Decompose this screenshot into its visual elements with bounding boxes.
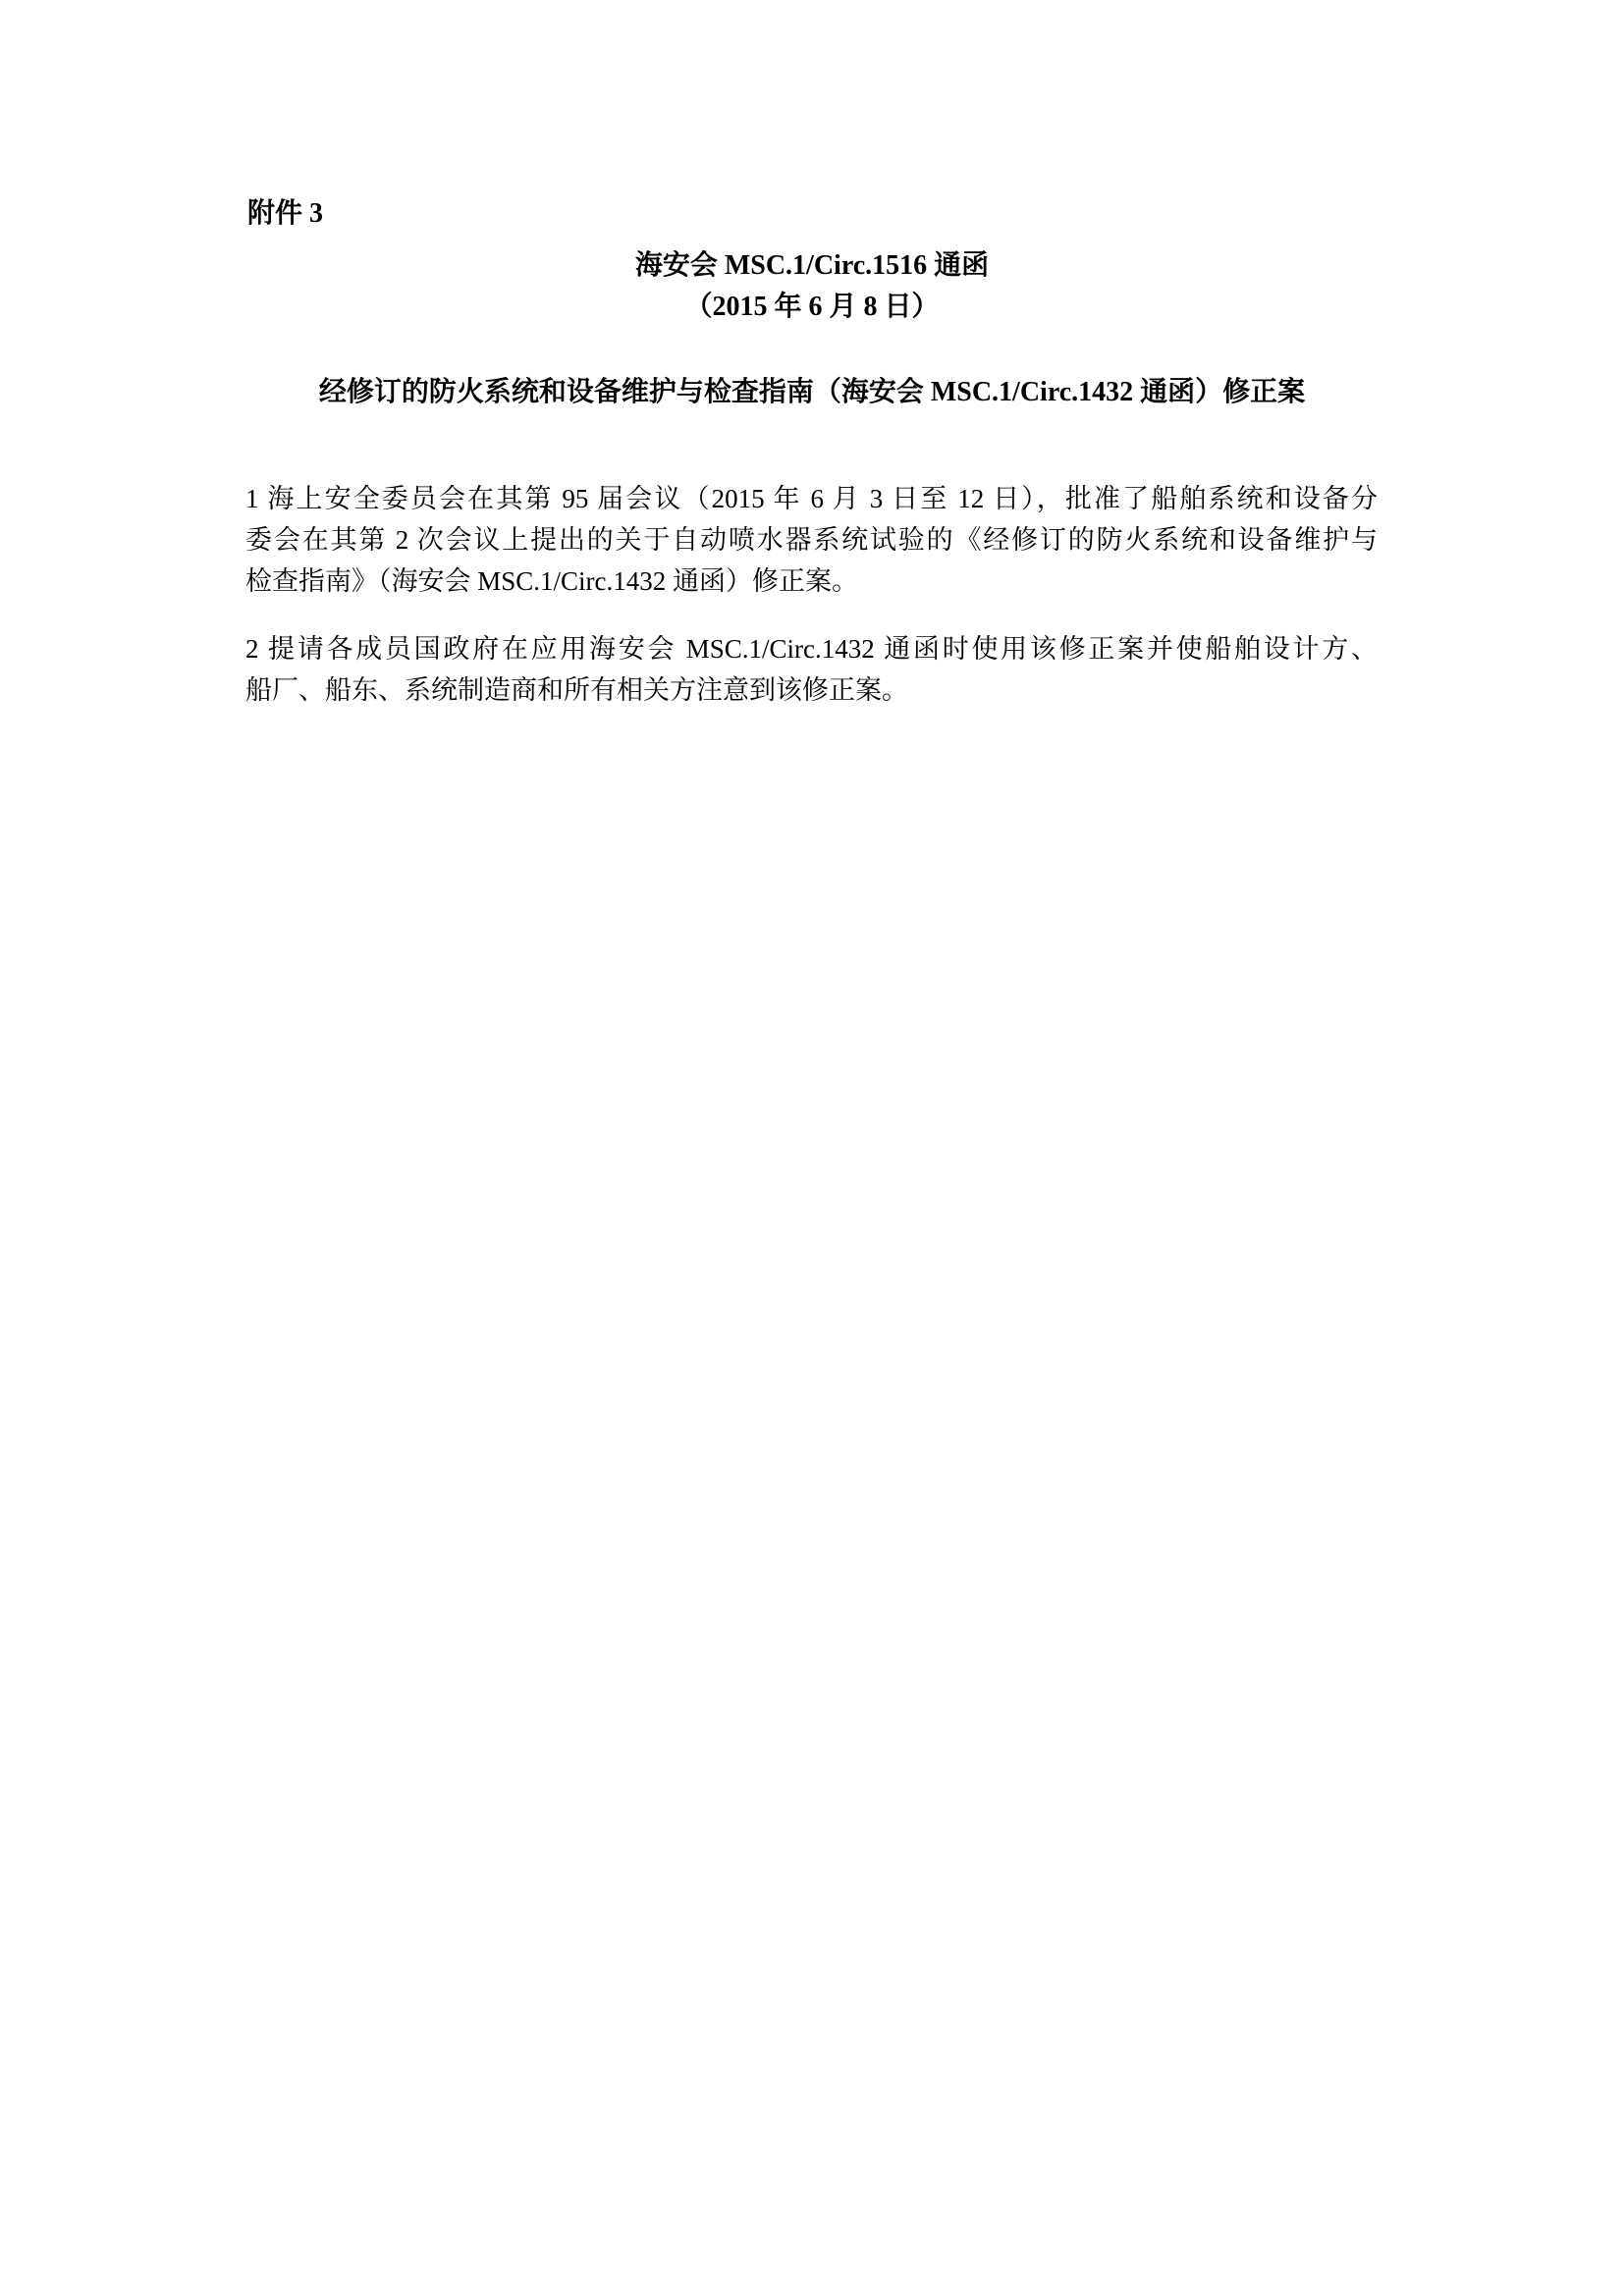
circular-title: 海安会 MSC.1/Circ.1516 通函: [245, 245, 1379, 287]
paragraph-2-line-2: 船厂、船东、系统制造商和所有相关方注意到该修正案。: [245, 669, 1378, 711]
document-page: 附件 3 海安会 MSC.1/Circ.1516 通函 （2015 年 6 月 …: [0, 0, 1624, 2296]
paragraph-1: 1 海上安全委员会在其第 95 届会议（2015 年 6 月 3 日至 12 日…: [245, 478, 1378, 602]
paragraph-1-line-1: 1 海上安全委员会在其第 95 届会议（2015 年 6 月 3 日至 12 日…: [245, 478, 1378, 519]
attachment-label: 附件 3: [247, 0, 1624, 230]
paragraph-2-line-1: 2 提请各成员国政府在应用海安会 MSC.1/Circ.1432 通函时使用该修…: [245, 628, 1378, 669]
subject-heading: 经修订的防火系统和设备维护与检查指南（海安会 MSC.1/Circ.1432 通…: [245, 372, 1379, 413]
paragraph-1-line-3: 检查指南》（海安会 MSC.1/Circ.1432 通函）修正案。: [245, 561, 1378, 602]
document-body: 1 海上安全委员会在其第 95 届会议（2015 年 6 月 3 日至 12 日…: [245, 478, 1378, 711]
paragraph-2: 2 提请各成员国政府在应用海安会 MSC.1/Circ.1432 通函时使用该修…: [245, 628, 1378, 711]
circular-date: （2015 年 6 月 8 日）: [245, 287, 1379, 328]
paragraph-1-line-2: 委会在其第 2 次会议上提出的关于自动喷水器系统试验的《经修订的防火系统和设备维…: [245, 519, 1378, 561]
